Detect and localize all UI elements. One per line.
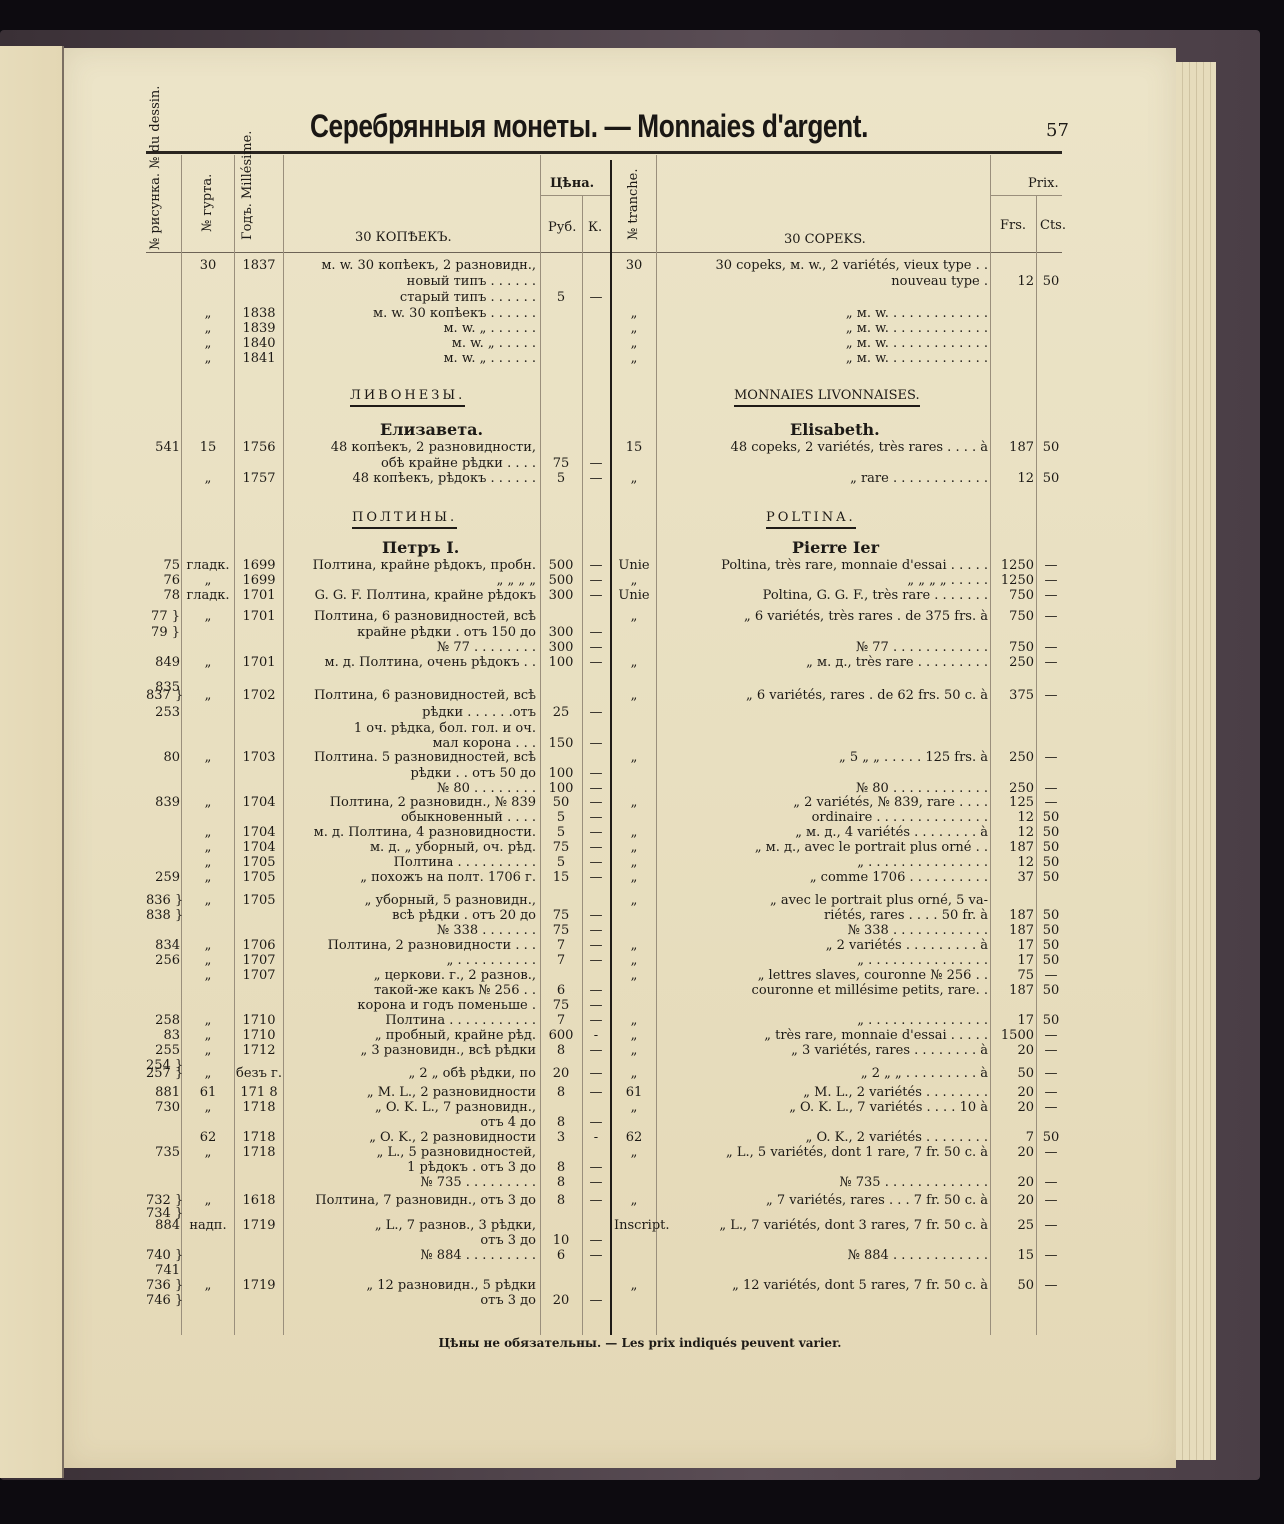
row-fr-cell: „ . . . . . . . . . . . . . . . [662,855,988,870]
row-year-cell: 1699 [236,573,282,588]
row-tr-cell: 61 [614,1085,654,1100]
row-fr-cell: „ M. L., 2 variétés . . . . . . . . [662,1085,988,1100]
row-kop-cell: — [584,1193,608,1208]
row-cts-cell: — [1038,795,1064,810]
row-ru-cell: „ похожъ на полт. 1706 г. [290,870,536,885]
row-year-cell: 1718 [236,1100,282,1115]
row-dessin-cell: 257 } [146,1066,180,1081]
row-fr-cell: № 884 . . . . . . . . . . . . [662,1248,988,1263]
row-fr-cell: „ м. w. . . . . . . . . . . . . [662,306,988,321]
row-frs-cell: 17 [992,938,1034,953]
row-gurt-cell: „ [184,306,232,321]
row-dessin-cell: 746 } [146,1293,180,1308]
row-fr-cell: nouveau type . [662,274,988,289]
row-rub-cell: 6 [542,1248,580,1263]
row-frs-cell: 250 [992,655,1034,670]
row-ru-cell: обыкновенный . . . . [290,810,536,825]
row-year-cell: 1710 [236,1013,282,1028]
row-fr-cell: „ 2 variétés . . . . . . . . . à [662,938,988,953]
row-tr-cell: „ [614,968,654,983]
row-year-cell: 1705 [236,855,282,870]
row-rub-cell: 50 [542,795,580,810]
row-kop-cell: — [584,588,608,603]
row-gurt-cell: „ [184,1145,232,1160]
row-ru-cell: м. w. „ . . . . . . [290,351,536,366]
row-rub-cell: 500 [542,558,580,573]
row-kop-cell: — [584,655,608,670]
row-fr-cell: „ м. д., 4 variétés . . . . . . . . à [662,825,988,840]
row-rub-cell: 600 [542,1028,580,1043]
row-rub-cell: 20 [542,1066,580,1081]
row-kop-cell: — [584,1066,608,1081]
row-fr-cell: „ м. w. . . . . . . . . . . . . [662,321,988,336]
section-livonez-ru: ЛИВОНЕЗЫ. [350,388,465,407]
row-fr-cell: „ avec le portrait plus orné, 5 va- [662,893,988,908]
row-kop-cell: — [584,1013,608,1028]
row-ru-cell: № 884 . . . . . . . . . [290,1248,536,1263]
row-kop-cell: — [584,290,608,305]
row-dessin-cell: 255 [146,1043,180,1058]
row-frs-cell: 17 [992,953,1034,968]
row-frs-cell: 1250 [992,558,1034,573]
row-year-cell: 1719 [236,1278,282,1293]
header-dessin: № рисунка. № du dessin. [148,86,163,250]
row-tr-cell: „ [614,351,654,366]
row-rub-cell: 100 [542,781,580,796]
row-gurt-cell: „ [184,1013,232,1028]
row-cts-cell: — [1038,1145,1064,1160]
row-fr-cell: „ м. д., avec le portrait plus orné . . [662,840,988,855]
row-gurt-cell: 61 [184,1085,232,1100]
row-rub-cell: 8 [542,1043,580,1058]
header-gurt: № гурта. [200,174,215,232]
row-kop-cell: — [584,983,608,998]
row-gurt-cell: „ [184,688,232,703]
row-ru-cell: „ 3 разновидн., всѣ рѣдки [290,1043,536,1058]
page-title: Серебрянныя монеты. — Monnaies d'argent. [310,108,868,145]
row-frs-cell: 125 [992,795,1034,810]
row-tr-cell: Unie [614,558,654,573]
ruler-elizaveta-ru: Елизавета. [380,420,483,439]
row-kop-cell: — [584,908,608,923]
row-dessin-cell: 834 [146,938,180,953]
row-year-cell: 1710 [236,1028,282,1043]
row-cts-cell: — [1038,1193,1064,1208]
row-ru-cell: Полтина . . . . . . . . . . . [290,1013,536,1028]
row-tr-cell: „ [614,1043,654,1058]
header-top-rule [146,151,1062,154]
row-year-cell: 1839 [236,321,282,336]
row-cts-cell: 50 [1038,840,1064,855]
page-number: 57 [1046,120,1069,141]
row-kop-cell: — [584,625,608,640]
page-footer: Цѣны не обязательны. — Les prix indiqués… [300,1336,980,1350]
row-fr-cell: „ O. K., 2 variétés . . . . . . . . [662,1130,988,1145]
row-tr-cell: 15 [614,440,654,455]
row-cts-cell: 50 [1038,923,1064,938]
row-tr-cell: „ [614,938,654,953]
header-tranche: № tranche. [626,169,641,240]
row-rub-cell: 5 [542,855,580,870]
col-divider [582,195,583,1335]
row-gurt-cell: „ [184,351,232,366]
row-frs-cell: 75 [992,968,1034,983]
row-fr-cell: „ 2 variétés, № 839, rare . . . . [662,795,988,810]
row-fr-cell: „ très rare, monnaie d'essai . . . . . [662,1028,988,1043]
row-gurt-cell: „ [184,1066,232,1081]
row-tr-cell: „ [614,795,654,810]
row-year-cell: 1719 [236,1218,282,1233]
row-tr-cell: „ [614,1278,654,1293]
row-frs-cell: 20 [992,1043,1034,1058]
row-fr-cell: „ м. w. . . . . . . . . . . . . [662,336,988,351]
header-kop: К. [588,220,602,235]
row-ru-cell: Полтина, 2 разновидн., № 839 [290,795,536,810]
row-tr-cell: „ [614,1066,654,1081]
col-divider [540,155,541,1335]
row-tr-cell: „ [614,1145,654,1160]
header-year: Годъ. Millésime. [240,131,255,240]
row-frs-cell: 37 [992,870,1034,885]
row-frs-cell: 187 [992,923,1034,938]
row-cts-cell: 50 [1038,810,1064,825]
section-poltiny-fr: POLTINA. [766,510,856,529]
page-edges [1176,62,1216,1460]
col-divider [656,155,657,1335]
row-fr-cell: „ O. K. L., 7 variétés . . . . 10 à [662,1100,988,1115]
row-rub-cell: 300 [542,588,580,603]
row-rub-cell: 7 [542,953,580,968]
row-tr-cell: „ [614,893,654,908]
header-frs: Frs. [1000,218,1026,233]
row-year-cell: 1707 [236,968,282,983]
row-fr-cell: № 338 . . . . . . . . . . . . [662,923,988,938]
row-tr-cell: „ [614,573,654,588]
row-ru-cell: 1 рѣдокъ . отъ 3 до [290,1160,536,1175]
row-dessin-cell: 76 [146,573,180,588]
row-gurt-cell: „ [184,750,232,765]
row-ru-cell: „ O. K. L., 7 разновидн., [290,1100,536,1115]
row-year-cell: 1712 [236,1043,282,1058]
row-kop-cell: — [584,840,608,855]
row-kop-cell: — [584,870,608,885]
row-frs-cell: 187 [992,983,1034,998]
row-tr-cell: „ [614,655,654,670]
row-rub-cell: 7 [542,1013,580,1028]
row-ru-cell: 48 копѣекъ, рѣдокъ . . . . . . [290,471,536,486]
row-gurt-cell: „ [184,1028,232,1043]
row-tr-cell: „ [614,1193,654,1208]
row-cts-cell: 50 [1038,983,1064,998]
row-dessin-cell: 741 [146,1263,180,1278]
row-frs-cell: 20 [992,1145,1034,1160]
row-rub-cell: 20 [542,1293,580,1308]
row-ru-cell: м. w. „ . . . . . . [290,321,536,336]
row-rub-cell: 8 [542,1085,580,1100]
row-ru-cell: рѣдки . . . . . .отъ [290,705,536,720]
row-fr-cell: „ м. w. . . . . . . . . . . . . [662,351,988,366]
row-frs-cell: 20 [992,1175,1034,1190]
row-ru-cell: Полтина, 2 разновидности . . . [290,938,536,953]
header-cts: Cts. [1040,218,1066,233]
row-cts-cell: 50 [1038,440,1064,455]
row-frs-cell: 1250 [992,573,1034,588]
row-gurt-cell: „ [184,893,232,908]
row-fr-cell: „ comme 1706 . . . . . . . . . . [662,870,988,885]
row-kop-cell: - [584,1028,608,1043]
row-dessin-cell: 83 [146,1028,180,1043]
row-rub-cell: 6 [542,983,580,998]
row-cts-cell: 50 [1038,870,1064,885]
row-fr-cell: „ 6 variétés, très rares . de 375 frs. à [662,609,988,624]
row-rub-cell: 75 [542,998,580,1013]
row-frs-cell: 17 [992,1013,1034,1028]
row-frs-cell: 250 [992,781,1034,796]
row-rub-cell: 25 [542,705,580,720]
row-gurt-cell: „ [184,1193,232,1208]
row-fr-cell: „ L., 5 variétés, dont 1 rare, 7 fr. 50 … [662,1145,988,1160]
row-ru-cell: Полтина, 6 разновидностей, всѣ [290,609,536,624]
row-year-cell: 1701 [236,609,282,624]
row-rub-cell: 300 [542,640,580,655]
row-ru-cell: рѣдки . . отъ 50 до [290,766,536,781]
row-tr-cell: „ [614,870,654,885]
row-kop-cell: — [584,640,608,655]
row-rub-cell: 500 [542,573,580,588]
row-fr-cell: couronne et millésime petits, rare. . [662,983,988,998]
row-cts-cell: — [1038,1028,1064,1043]
row-dessin-cell: 259 [146,870,180,885]
row-year-cell: 1702 [236,688,282,703]
row-rub-cell: 8 [542,1175,580,1190]
row-rub-cell: 10 [542,1233,580,1248]
row-ru-cell: крайне рѣдки . отъ 150 до [290,625,536,640]
row-rub-cell: 8 [542,1115,580,1130]
row-fr-cell: „ 6 variétés, rares . de 62 frs. 50 c. à [662,688,988,703]
row-kop-cell: — [584,573,608,588]
row-year-cell: 1704 [236,795,282,810]
row-gurt-cell: „ [184,1278,232,1293]
header-rub: Руб. [548,220,576,235]
row-gurt-cell: „ [184,1043,232,1058]
row-kop-cell: — [584,1085,608,1100]
row-gurt-cell: „ [184,795,232,810]
row-fr-cell: 30 copeks, м. w., 2 variétés, vieux type… [662,258,988,273]
col-divider [234,155,235,1335]
row-ru-cell: „ L., 5 разновидностей, [290,1145,536,1160]
header-ru-desc: 30 КОПѢЕКЪ. [355,230,452,245]
row-ru-cell: старый типъ . . . . . . [290,290,536,305]
row-year-cell: 1704 [236,840,282,855]
row-kop-cell: — [584,1160,608,1175]
row-ru-cell: Полтина, 6 разновидностей, всѣ [290,688,536,703]
row-year-cell: 1707 [236,953,282,968]
row-ru-cell: № 77 . . . . . . . . [290,640,536,655]
row-kop-cell: — [584,1233,608,1248]
row-ru-cell: отъ 3 до [290,1293,536,1308]
row-year-cell: 1705 [236,870,282,885]
row-ru-cell: G. G. F. Полтина, крайне рѣдокъ [290,588,536,603]
row-year-cell: 1757 [236,471,282,486]
row-ru-cell: м. д. Полтина, очень рѣдокъ . . [290,655,536,670]
row-gurt-cell: „ [184,336,232,351]
row-gurt-cell: „ [184,321,232,336]
header-fr-desc: 30 COPEKS. [784,232,866,247]
row-frs-cell: 1500 [992,1028,1034,1043]
row-gurt-cell: „ [184,870,232,885]
row-frs-cell: 187 [992,908,1034,923]
row-tr-cell: Inscript. [614,1218,654,1233]
row-fr-cell: „ 5 „ „ . . . . . 125 frs. à [662,750,988,765]
ruler-petr-ru: Петръ I. [382,538,459,557]
row-frs-cell: 50 [992,1278,1034,1293]
row-rub-cell: 150 [542,736,580,751]
row-frs-cell: 187 [992,840,1034,855]
row-ru-cell: такой-же какъ № 256 . . [290,983,536,998]
row-fr-cell: № 80 . . . . . . . . . . . . [662,781,988,796]
row-kop-cell: — [584,736,608,751]
row-ru-cell: „ 12 разновидн., 5 рѣдки [290,1278,536,1293]
row-cts-cell: — [1038,558,1064,573]
row-year-cell: 171 8 [236,1085,282,1100]
row-tr-cell: „ [614,1028,654,1043]
row-ru-cell: „ M. L., 2 разновидности [290,1085,536,1100]
row-ru-cell: № 80 . . . . . . . . [290,781,536,796]
row-ru-cell: отъ 4 до [290,1115,536,1130]
price-subrule [540,195,610,196]
row-cts-cell: — [1038,1248,1064,1263]
row-tr-cell: 62 [614,1130,654,1145]
row-dessin-cell: 541 [146,440,180,455]
row-gurt-cell: „ [184,968,232,983]
row-fr-cell: „ м. д., très rare . . . . . . . . . [662,655,988,670]
row-tr-cell: „ [614,1100,654,1115]
row-ru-cell: новый типъ . . . . . . [290,274,536,289]
col-divider [283,155,284,1335]
row-tr-cell: „ [614,321,654,336]
row-kop-cell: — [584,810,608,825]
row-fr-cell: riétés, rares . . . . 50 fr. à [662,908,988,923]
row-year-cell: 1703 [236,750,282,765]
row-rub-cell: 8 [542,1193,580,1208]
row-tr-cell: „ [614,855,654,870]
row-kop-cell: — [584,825,608,840]
row-tr-cell: „ [614,1013,654,1028]
row-rub-cell: 75 [542,908,580,923]
row-ru-cell: Полтина . . . . . . . . . . [290,855,536,870]
row-tr-cell: „ [614,953,654,968]
row-gurt-cell: „ [184,573,232,588]
row-ru-cell: обѣ крайне рѣдки . . . . [290,456,536,471]
row-dessin-cell: 730 [146,1100,180,1115]
ruler-petr-fr: Pierre Ier [792,538,879,557]
row-cts-cell: 50 [1038,1013,1064,1028]
row-kop-cell: — [584,795,608,810]
row-gurt-cell: 15 [184,440,232,455]
row-cts-cell: — [1038,1100,1064,1115]
row-dessin-cell: 849 [146,655,180,670]
left-page-edge [0,46,64,1478]
row-cts-cell: — [1038,750,1064,765]
row-gurt-cell: гладк. [184,558,232,573]
row-rub-cell: 100 [542,766,580,781]
row-dessin-cell: 836 } [146,893,180,908]
row-ru-cell: 1 оч. рѣдка, бол. гол. и оч. [290,721,536,736]
row-ru-cell: м. д. Полтина, 4 разновидности. [290,825,536,840]
row-fr-cell: „ 2 „ „ . . . . . . . . . à [662,1066,988,1081]
row-ru-cell: № 735 . . . . . . . . . [290,1175,536,1190]
row-frs-cell: 50 [992,1066,1034,1081]
row-dessin-cell: 78 [146,588,180,603]
row-rub-cell: 7 [542,938,580,953]
row-cts-cell: — [1038,609,1064,624]
row-ru-cell: „ O. K., 2 разновидности [290,1130,536,1145]
row-cts-cell: — [1038,655,1064,670]
row-kop-cell: — [584,1043,608,1058]
row-frs-cell: 25 [992,1218,1034,1233]
row-ru-cell: всѣ рѣдки . отъ 20 до [290,908,536,923]
row-dessin-cell: 258 [146,1013,180,1028]
row-year-cell: 1837 [236,258,282,273]
row-ru-cell: № 338 . . . . . . . [290,923,536,938]
row-year-cell: 1838 [236,306,282,321]
section-poltiny-ru: ПОЛТИНЫ. [352,510,457,529]
row-gurt-cell: „ [184,1100,232,1115]
row-dessin-cell: 884 [146,1218,180,1233]
row-tr-cell: „ [614,825,654,840]
row-ru-cell: 48 копѣекъ, 2 разновидности, [290,440,536,455]
row-cts-cell: — [1038,1066,1064,1081]
row-ru-cell: Полтина. 5 разновидностей, всѣ [290,750,536,765]
row-dessin-cell: 837 } [146,688,180,703]
row-kop-cell: — [584,1115,608,1130]
row-dessin-cell: 256 [146,953,180,968]
row-dessin-cell: 736 } [146,1278,180,1293]
row-year-cell: безъ г. [236,1066,282,1081]
row-cts-cell: — [1038,1175,1064,1190]
row-gurt-cell: „ [184,953,232,968]
row-frs-cell: 12 [992,274,1034,289]
row-rub-cell: 8 [542,1160,580,1175]
row-year-cell: 1841 [236,351,282,366]
row-cts-cell: — [1038,573,1064,588]
row-fr-cell: „ 3 variétés, rares . . . . . . . . à [662,1043,988,1058]
row-ru-cell: „ 2 „ обѣ рѣдки, по [290,1066,536,1081]
row-tr-cell: „ [614,609,654,624]
row-year-cell: 1704 [236,825,282,840]
row-kop-cell: - [584,1130,608,1145]
row-dessin-cell: 80 [146,750,180,765]
row-rub-cell: 5 [542,471,580,486]
row-frs-cell: 12 [992,855,1034,870]
row-frs-cell: 12 [992,471,1034,486]
row-gurt-cell: „ [184,471,232,486]
row-fr-cell: „ 7 variétés, rares . . . 7 fr. 50 c. à [662,1193,988,1208]
row-frs-cell: 20 [992,1193,1034,1208]
row-fr-cell: „ lettres slaves, couronne № 256 . . [662,968,988,983]
row-gurt-cell: „ [184,855,232,870]
ruler-elizaveta-fr: Elisabeth. [790,420,880,439]
section-livonez-fr: MONNAIES LIVONNAISES. [734,388,920,407]
row-year-cell: 1840 [236,336,282,351]
row-tr-cell: „ [614,306,654,321]
row-cts-cell: 50 [1038,908,1064,923]
row-cts-cell: 50 [1038,855,1064,870]
row-cts-cell: — [1038,640,1064,655]
row-tr-cell: Unie [614,588,654,603]
prix-subrule [990,195,1062,196]
row-frs-cell: 7 [992,1130,1034,1145]
